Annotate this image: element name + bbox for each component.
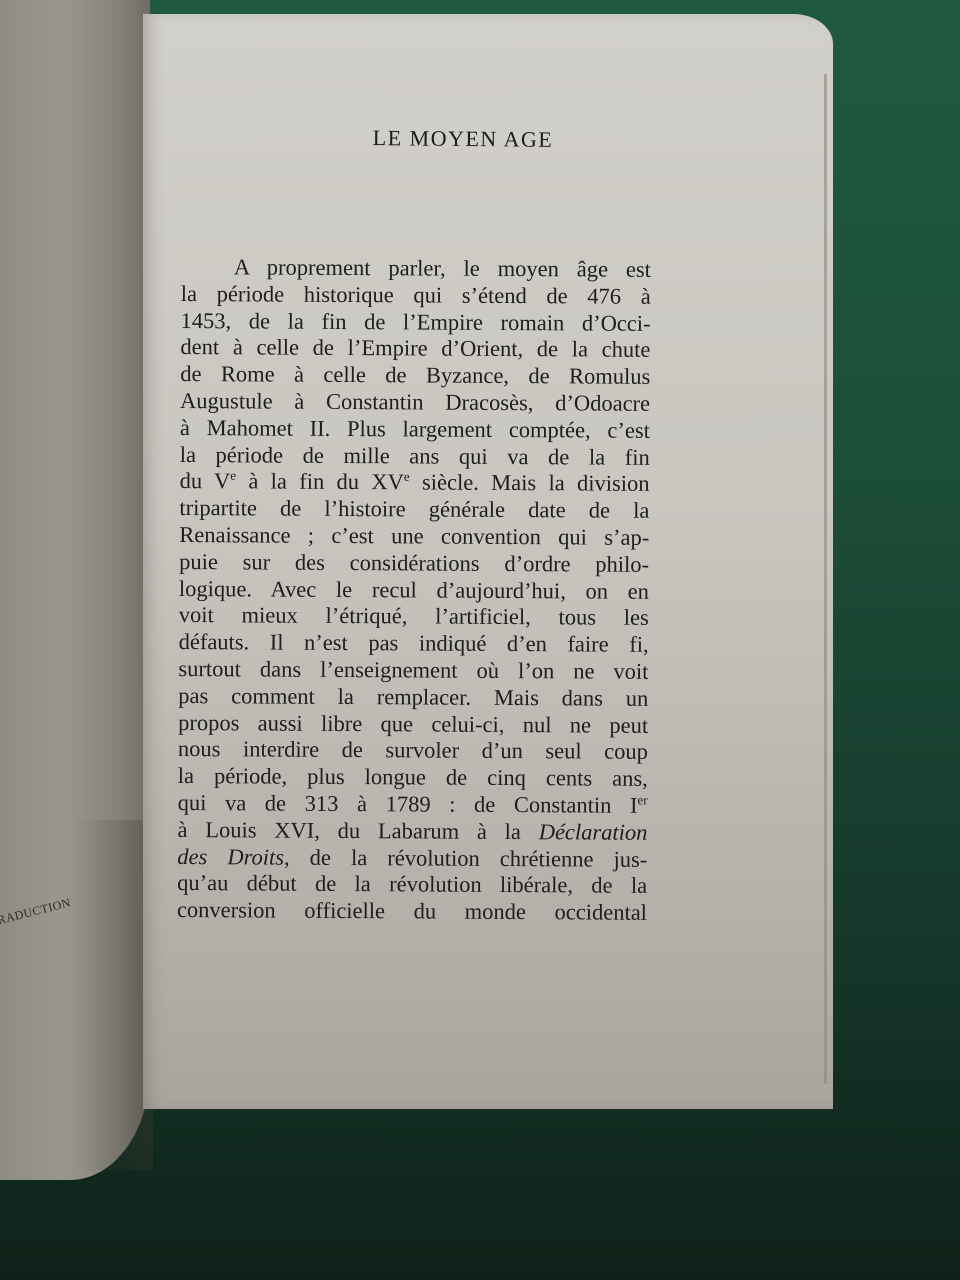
text-line: propos aussi libre que celui-ci, nul ne … [178,710,648,740]
text-line: conversion officielle du monde occidenta… [177,897,647,927]
italic-title: des Droits [177,844,284,870]
body-paragraph: A proprement parler, le moyen âge est la… [177,254,651,927]
text-fragment: du V [180,468,231,493]
text-line: nous interdire de survoler d’un seul cou… [178,736,648,766]
text-line: logique. Avec le recul d’aujourd’hui, on… [179,576,649,606]
chapter-title: LE MOYEN AGE [343,125,583,154]
text-line: A proprement parler, le moyen âge est [181,254,651,284]
text-line: Augustule à Constantin Dracosès, d’Odoac… [180,388,650,418]
text-line: tripartite de l’histoire générale date d… [179,495,649,525]
text-line: qui va de 313 à 1789 : de Constantin Ier [178,790,648,820]
text-line: dent à celle de l’Empire d’Orient, de la… [180,334,650,364]
superscript: er [638,792,648,807]
italic-title: Déclaration [539,819,648,845]
page-gutter-shadow [78,820,153,1170]
text-fragment: siècle. Mais la division [410,470,650,496]
text-line: Renaissance ; c’est une convention qui s… [179,522,649,552]
text-line: des Droits, de la révolution chrétienne … [177,844,647,874]
text-line: défauts. Il n’est pas indiqué d’en faire… [179,629,649,659]
text-fragment: , de la révolution chrétienne jus- [284,844,647,871]
text-line: qu’au début de la révolution libérale, d… [177,870,647,900]
text-line: à Louis XVI, du Labarum à la Déclaration [177,817,647,847]
text-line: de Rome à celle de Byzance, de Romulus [180,361,650,391]
text-line: pas comment la remplacer. Mais dans un [178,683,648,713]
text-line: du Ve à la fin du XVe siècle. Mais la di… [180,468,650,498]
text-line: la période, plus longue de cinq cents an… [178,763,648,793]
text-line: surtout dans l’enseignement où l’on ne v… [178,656,648,686]
page-edge [824,74,827,1084]
text-fragment: à la fin du XV [236,469,404,495]
text-line: à Mahomet II. Plus largement comptée, c’… [180,415,650,445]
right-page: LE MOYEN AGE A proprement parler, le moy… [143,14,833,1109]
text-line: voit mieux l’étriqué, l’artificiel, tous… [179,602,649,632]
text-line: la période de mille ans qui va de la fin [180,442,650,472]
text-line: 1453, de la fin de l’Empire romain d’Occ… [181,308,651,338]
text-fragment: qui va de 313 à 1789 : de Constantin I [178,790,638,818]
text-fragment: à Louis XVI, du Labarum à la [177,817,538,844]
text-line: la période historique qui s’étend de 476… [181,281,651,311]
text-line: puie sur des considérations d’ordre phil… [179,549,649,579]
